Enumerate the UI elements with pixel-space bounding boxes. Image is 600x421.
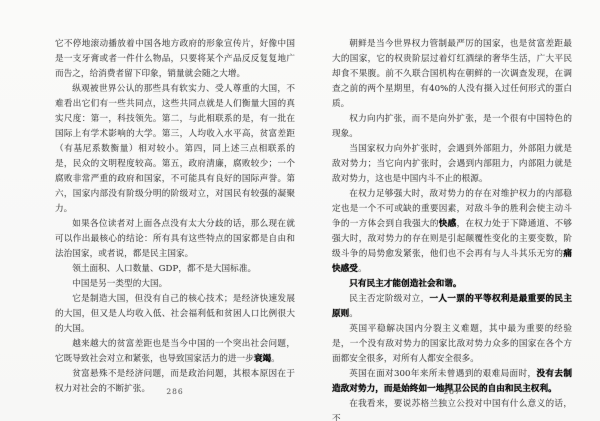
text-segment: 中国是另一类型的大国。 (72, 279, 167, 289)
text-segment: 如果各位读者对上面各点没有太大分歧的话，那么现在就可以作出最核心的结论：所有具有… (55, 219, 295, 259)
paragraph: 只有民主才能创造社会和谐。 (332, 277, 572, 292)
paragraph: 当国家权力向外扩张时，会遇到外部阻力，外部阻力就是敌对势力；当它向内扩张时，会遇… (332, 142, 572, 187)
text-segment: 英国平稳解决国内分裂主义难题，其中最为重要的经验是，一个没有敌对势力的国家比敌对… (332, 324, 572, 364)
paragraph: 越来越大的贫富差距也是当今中国的一个突出社会问题，它既导致社会对立和紧张，也导致… (55, 337, 295, 367)
paragraph: 朝鲜是当今世界权力管制最严厉的国家，也是贫富差距最大的国家，它的权贵阶层过着灯红… (332, 37, 572, 112)
paragraph: 领土面积、人口数量、GDP，都不是大国标准。 (55, 262, 295, 277)
text-segment: 权力向内扩张，而不是向外扩张，是一个很有中国特色的现象。 (332, 114, 572, 139)
text-segment: 当国家权力向外扩张时，会遇到外部阻力，外部阻力就是敌对势力；当它向内扩张时，会遇… (332, 144, 572, 184)
text-segment: 英国在面对300年来所未曾遇到的艰难局面时， (349, 369, 536, 379)
text-segment: 纵观被世界公认的那些具有软实力、受人尊重的大国，不难看出它们有一些共同点，这些共… (55, 84, 295, 214)
paragraph: 如果各位读者对上面各点没有太大分歧的话，那么现在就可以作出最核心的结论：所有具有… (55, 217, 295, 262)
text-segment: 。 (358, 264, 367, 274)
paragraph: 在我看来，要说苏格兰独立公投对中国有什么意义的话，不 (332, 397, 572, 421)
paragraph: 权力向内扩张，而不是向外扩张，是一个很有中国特色的现象。 (332, 112, 572, 142)
bold-text-segment: 衰竭 (254, 354, 271, 364)
book-spread: 它不停地滚动播放着中国各地方政府的形象宣传片，好像中国是一支牙膏或者一件什么物品… (0, 0, 600, 421)
paragraph: 民主否定阶级对立，一人一票的平等权利是最重要的民主原则。 (332, 292, 572, 322)
page-left-number: 286 (55, 387, 295, 396)
text-segment: 在我看来，要说苏格兰独立公投对中国有什么意义的话，不 (332, 399, 572, 421)
text-segment: 领土面积、人口数量、GDP，都不是大国标准。 (72, 264, 256, 274)
paragraph: 英国平稳解决国内分裂主义难题，其中最为重要的经验是，一个没有敌对势力的国家比敌对… (332, 322, 572, 367)
paragraph: 它不停地滚动播放着中国各地方政府的形象宣传片，好像中国是一支牙膏或者一件什么物品… (55, 37, 295, 82)
text-segment: 它是制造大国，但没有自己的核心技术；是经济快速发展的大国，但又是人均收入低、社会… (55, 294, 295, 334)
text-segment: 民主否定阶级对立， (349, 294, 429, 304)
text-segment: 。 (271, 354, 280, 364)
bold-text-segment: 只有民主才能创造社会和谐。 (349, 279, 461, 289)
page-right-number: 287 (332, 387, 572, 396)
text-segment: 。 (349, 309, 358, 319)
bold-text-segment: 快感 (439, 219, 457, 229)
paragraph: 在权力足够强大时，敌对势力的存在对维护权力的内部稳定也是一个不可或缺的重要因素，… (332, 187, 572, 277)
page-right: 朝鲜是当今世界权力管制最严厉的国家，也是贫富差距最大的国家，它的权贵阶层过着灯红… (332, 37, 572, 407)
text-segment: 它不停地滚动播放着中国各地方政府的形象宣传片，好像中国是一支牙膏或者一件什么物品… (55, 39, 295, 79)
paragraph: 中国是另一类型的大国。 (55, 277, 295, 292)
page-left: 它不停地滚动播放着中国各地方政府的形象宣传片，好像中国是一支牙膏或者一件什么物品… (55, 37, 295, 407)
page-left-text: 它不停地滚动播放着中国各地方政府的形象宣传片，好像中国是一支牙膏或者一件什么物品… (55, 37, 295, 397)
page-right-text: 朝鲜是当今世界权力管制最严厉的国家，也是贫富差距最大的国家，它的权贵阶层过着灯红… (332, 37, 572, 421)
text-segment: 朝鲜是当今世界权力管制最严厉的国家，也是贫富差距最大的国家，它的权贵阶层过着灯红… (332, 39, 572, 109)
paragraph: 它是制造大国，但没有自己的核心技术；是经济快速发展的大国，但又是人均收入低、社会… (55, 292, 295, 337)
paragraph: 纵观被世界公认的那些具有软实力、受人尊重的大国，不难看出它们有一些共同点，这些共… (55, 82, 295, 217)
